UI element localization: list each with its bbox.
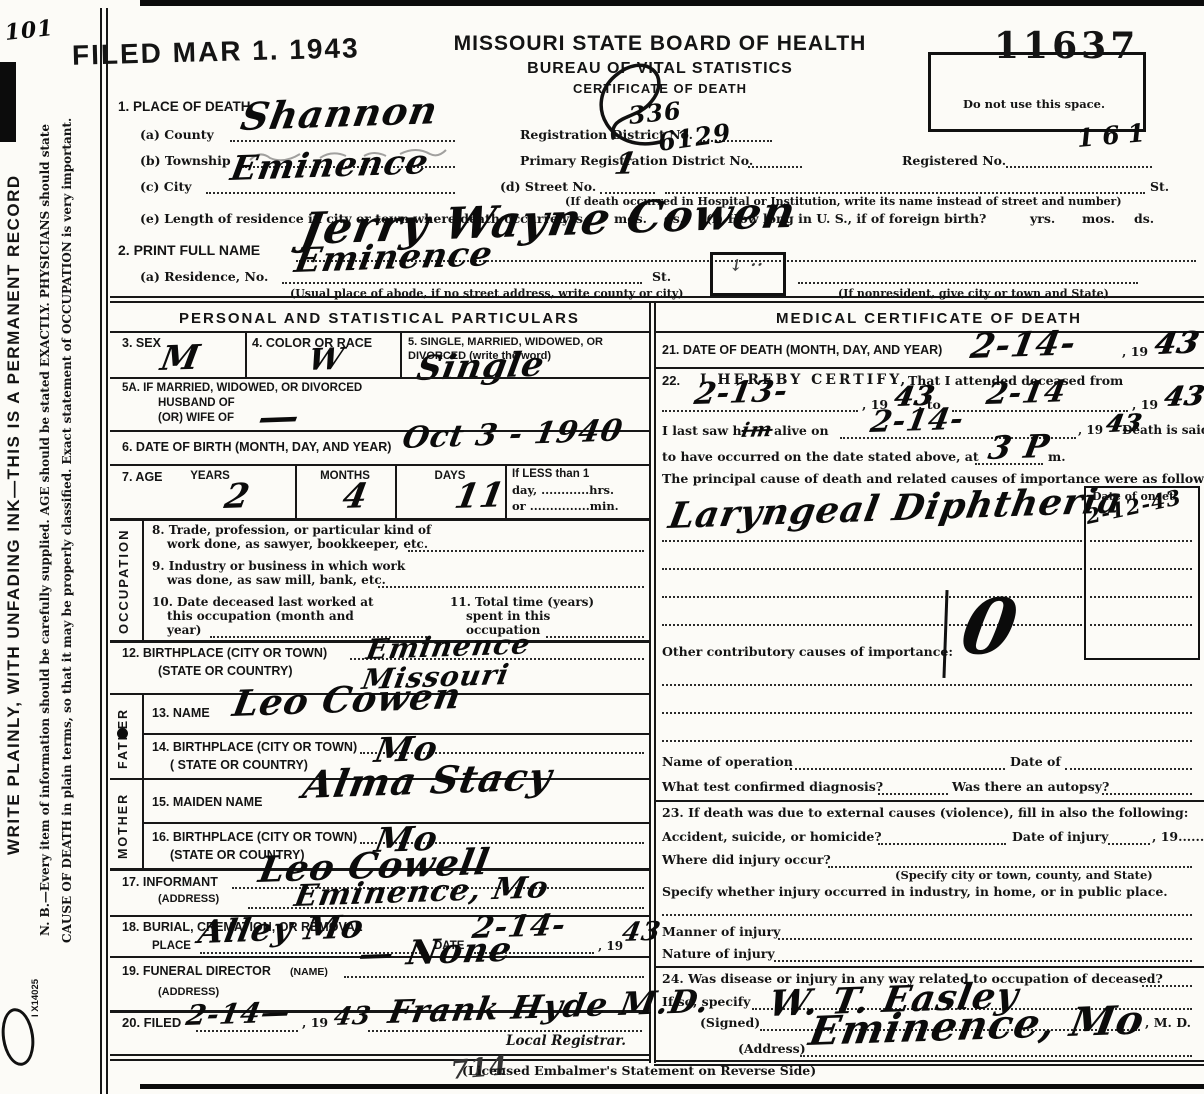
operation-label: Name of operation [662,755,793,769]
rule-under-age [110,518,649,521]
contributory-label: Other contributory causes of importance: [662,645,953,659]
operation-line [790,768,1005,770]
occ10-line2: this occupation (month and [167,610,354,624]
external-causes-label: 23. If death was due to external causes … [662,806,1188,820]
nature-of-injury-label: Nature of injury [662,947,775,961]
personal-header-rule [110,331,649,333]
father-name-label: 13. NAME [152,706,210,720]
left-bottom-rule-1 [110,1054,649,1056]
corner-number-mark: 101 [4,17,55,44]
occ8-line [408,550,644,552]
birthplace-label-2: (STATE OR COUNTRY) [158,664,292,678]
manner-of-injury-label: Manner of injury [662,925,780,939]
top-edge-line [140,0,1204,6]
form-left-rule-outer [100,8,102,1094]
lastsaw-label-1: I last saw h [662,424,742,438]
date-of-death-value: 2-14- [968,326,1079,364]
margin-warning: WRITE PLAINLY, WITH UNFADING INK—THIS IS… [4,70,32,960]
occ11-line1: 11. Total time (years) [450,596,594,610]
funeral-director-name-label: (NAME) [290,966,328,978]
burial-place-label: PLACE [152,940,191,953]
filed-date-value: 2-14— [184,998,293,1030]
marital-value: Single [414,348,547,386]
dob-label: 6. DATE OF BIRTH (MONTH, DAY, AND YEAR) [122,440,391,454]
years-months-divider [295,466,297,518]
street-no-label: (d) Street No. [500,180,596,194]
signed-label: (Signed) [700,1016,760,1030]
test-line [878,793,948,795]
certificate-number: 11637 [994,26,1139,67]
nonresident-note: (If nonresident, give city or town and S… [838,288,1109,301]
section-divider-top [110,296,1204,298]
death-certificate-scan: WRITE PLAINLY, WITH UNFADING INK—THIS IS… [0,0,1204,1094]
informant-label: 17. INFORMANT [122,875,218,889]
occupation-side-label: OCCUPATION [116,524,138,638]
residence-no-line [282,282,642,284]
personal-header: PERSONAL AND STATISTICAL PARTICULARS [110,310,649,327]
injury-date-label: Date of injury [1012,830,1108,844]
specify-city-note: (Specify city or town, county, and State… [895,869,1153,882]
filed-stamp: FILED MAR 1. 1943 [72,32,360,72]
operation-date-label: Date of [1010,755,1061,769]
place-of-death-heading: 1. PLACE OF DEATH [118,99,251,115]
months-days-divider [395,466,397,518]
burial-place-value: Alley Mo [196,910,367,948]
filed-label: 20. FILED [122,1016,181,1031]
age-days-value: 11 [452,478,508,514]
foreign-ds: ds. [1134,212,1154,226]
rule-under-injury [654,966,1204,968]
lastsaw-19: , 19 [1078,424,1103,438]
accident-label: Accident, suicide, or homicide? [662,830,882,844]
address-line [800,1055,1192,1057]
autopsy-label: Was there an autopsy? [952,780,1109,794]
test-label: What test confirmed diagnosis? [662,780,883,794]
injury-extra-line [662,914,1192,916]
street-no-value: 1 [612,149,639,180]
if-so-label: If so, specify [662,995,750,1009]
county-label: (a) County [140,128,214,142]
occ10-line3: year) [167,624,201,638]
ink-blot [117,728,128,739]
father-birthplace-label-2: ( STATE OR COUNTRY) [170,758,308,772]
left-bottom-rule-2 [110,1059,649,1061]
funeral-director-value: — None [356,933,515,972]
reg-district-value: 336 [627,99,682,128]
husband-of-label: HUSBAND OF [158,397,235,410]
certify-number: 22. [662,374,680,389]
birthplace-label-1: 12. BIRTHPLACE (CITY OR TOWN) [122,646,327,660]
rule-under-dob [110,464,649,466]
age-months-value: 4 [340,479,371,514]
address-label: (Address) [738,1042,806,1056]
informant-address-value: Eminence, Mo [292,873,551,912]
occ9-line1: 9. Industry or business in which work [152,560,405,574]
occ8-line1: 8. Trade, profession, or particular kind… [152,524,431,538]
occ10-line1: 10. Date deceased last worked at [152,596,374,610]
injury-19-label: , 19...... [1152,830,1204,844]
medical-header-rule [654,331,1204,333]
occ9-line [378,586,644,588]
sex-value: M [158,341,203,376]
lastsaw-label-2: alive on [774,424,829,438]
father-divider [142,695,144,778]
operation-date-line [1065,768,1192,770]
dob-value: Oct 3 - 1940 [400,416,625,454]
married-widowed-label: 5A. IF MARRIED, WIDOWED, OR DIVORCED [122,382,362,395]
occ11-line2: spent in this [466,610,550,624]
father-birthplace-label-1: 14. BIRTHPLACE (CITY OR TOWN) [152,740,357,754]
margin-note-line2: CAUSE OF DEATH in plain terms, so that i… [60,110,77,950]
race-value: W [306,345,346,376]
bottom-edge-line [140,1084,1204,1089]
address-value: Eminence, Mo [806,1000,1148,1052]
accident-line [878,843,1006,845]
filed-19-label: , 19 [302,1016,328,1030]
ifless-line3: or ...............min. [512,500,619,513]
contributory-line-3 [662,740,1192,742]
occurred-time-value: 3 P [986,430,1053,464]
contributory-line-1 [662,684,1192,686]
street-box-mark: ↓ ·· [728,257,765,274]
dod-19-label: , 19 [1122,345,1148,359]
margin-note-line1: N. B.—Every item of information should b… [38,110,55,950]
occupation-related-line [1142,985,1192,987]
ifless-line2: day, ............hrs. [512,484,614,497]
column-divider-inner [654,303,656,1063]
occ8-line2: work done, as sawyer, bookkeeper, etc. [167,538,428,552]
specify-industry-label: Specify whether injury occurred in indus… [662,885,1168,899]
abode-note: (Usual place of abode, if no street addr… [290,288,683,301]
registered-no-value: 161 [1076,119,1154,151]
city-value: Eminence [228,145,432,186]
sex-race-divider [245,333,247,377]
cause-of-death-value: Laryngeal Diphtheria [666,482,1126,534]
residence-no-line2 [798,282,1138,284]
mother-name-value: Alma Stacy [300,757,555,804]
father-name-value: Leo Cowen [230,678,464,722]
lastsaw-him-value: im [740,419,775,440]
mother-side-label: MOTHER [116,788,138,864]
sex-label: 3. SEX [122,336,161,350]
age-label: 7. AGE [122,470,163,484]
age-years-value: 2 [222,479,253,514]
st-suffix-1: St. [1150,180,1169,194]
residence-no-label: (a) Residence, No. [140,270,268,284]
where-injury-label: Where did injury occur? [662,853,831,867]
occurred-label: to have occurred on the date stated abov… [662,450,979,464]
filed-year-value: 43 [332,1003,373,1029]
lastsaw-value: 2-14- [868,405,966,438]
county-value: Shannon [238,91,441,136]
filed-registrar-line [368,1030,642,1032]
funeral-director-label: 19. FUNERAL DIRECTOR [122,964,271,978]
contributory-value: 0 [956,588,1023,666]
mother-birthplace-label-1: 16. BIRTHPLACE (CITY OR TOWN) [152,830,357,844]
form-left-rule-inner [106,8,108,1094]
st-suffix-2: St. [652,270,671,284]
attended-to-year: 43 [1162,383,1204,411]
foreign-mos: mos. [1082,212,1115,226]
informant-address-label: (ADDRESS) [158,893,219,906]
do-not-use-note: Do not use this space. [930,98,1138,111]
cause-line-1 [662,540,1082,542]
md-label: , M. D. [1145,1016,1191,1030]
days-ifless-divider [505,466,507,518]
registered-no-label: Registered No. [902,154,1006,168]
funeral-director-address-label: (ADDRESS) [158,986,219,999]
rule-under-sex-row [110,377,649,379]
city-label: (c) City [140,180,192,194]
burial-year-value: 43 [620,919,663,946]
race-marital-divider [400,333,402,377]
manner-of-injury-line [778,938,1192,940]
occurred-m-label: m. [1048,450,1066,464]
cause-line-4 [662,624,1082,626]
cause-line-2 [662,568,1082,570]
contributory-line-2 [662,712,1192,714]
attended-to-line [952,410,1128,412]
attended-from-value: 2-13- [692,377,790,410]
injury-date-line [1108,843,1150,845]
nature-of-injury-line [774,960,1192,962]
section-divider-bottom [110,301,1204,303]
foreign-yrs: yrs. [1030,212,1055,226]
attended-to-value: 2-14 [984,377,1069,410]
embalmer-note: (Licensed Embalmer's Statement on Revers… [462,1064,816,1078]
column-divider-outer [649,303,651,1063]
stray-stroke [942,590,948,678]
mother-divider [142,780,144,868]
township-label: (b) Township [140,154,231,168]
autopsy-line [1102,793,1192,795]
full-name-heading: 2. PRINT FULL NAME [118,242,260,258]
mother-name-label: 15. MAIDEN NAME [152,795,262,809]
registered-no-line [1006,166,1152,168]
city-line [206,192,455,194]
residence-no-value: Eminence [292,237,496,278]
date-of-death-year: 43 [1152,328,1201,360]
funeral-director-line [344,976,644,978]
occupation-divider [142,521,144,640]
wife-of-label: (OR) WIFE OF [158,412,234,425]
date-of-death-label: 21. DATE OF DEATH (MONTH, DAY, AND YEAR) [662,343,942,357]
occ9-line2: was done, as saw mill, bank, etc. [167,574,386,588]
primary-reg-line [748,166,802,168]
occ11-line [546,636,644,638]
local-registrar-label: Local Registrar. [506,1034,626,1050]
medical-header: MEDICAL CERTIFICATE OF DEATH [656,310,1202,327]
rule-under-dod [654,367,1204,369]
rule-under-test [654,800,1204,802]
ifless-line1: If LESS than 1 [512,468,589,481]
right-bottom-rule-1 [654,1060,1204,1062]
death-is-said: Death is said [1122,424,1204,438]
